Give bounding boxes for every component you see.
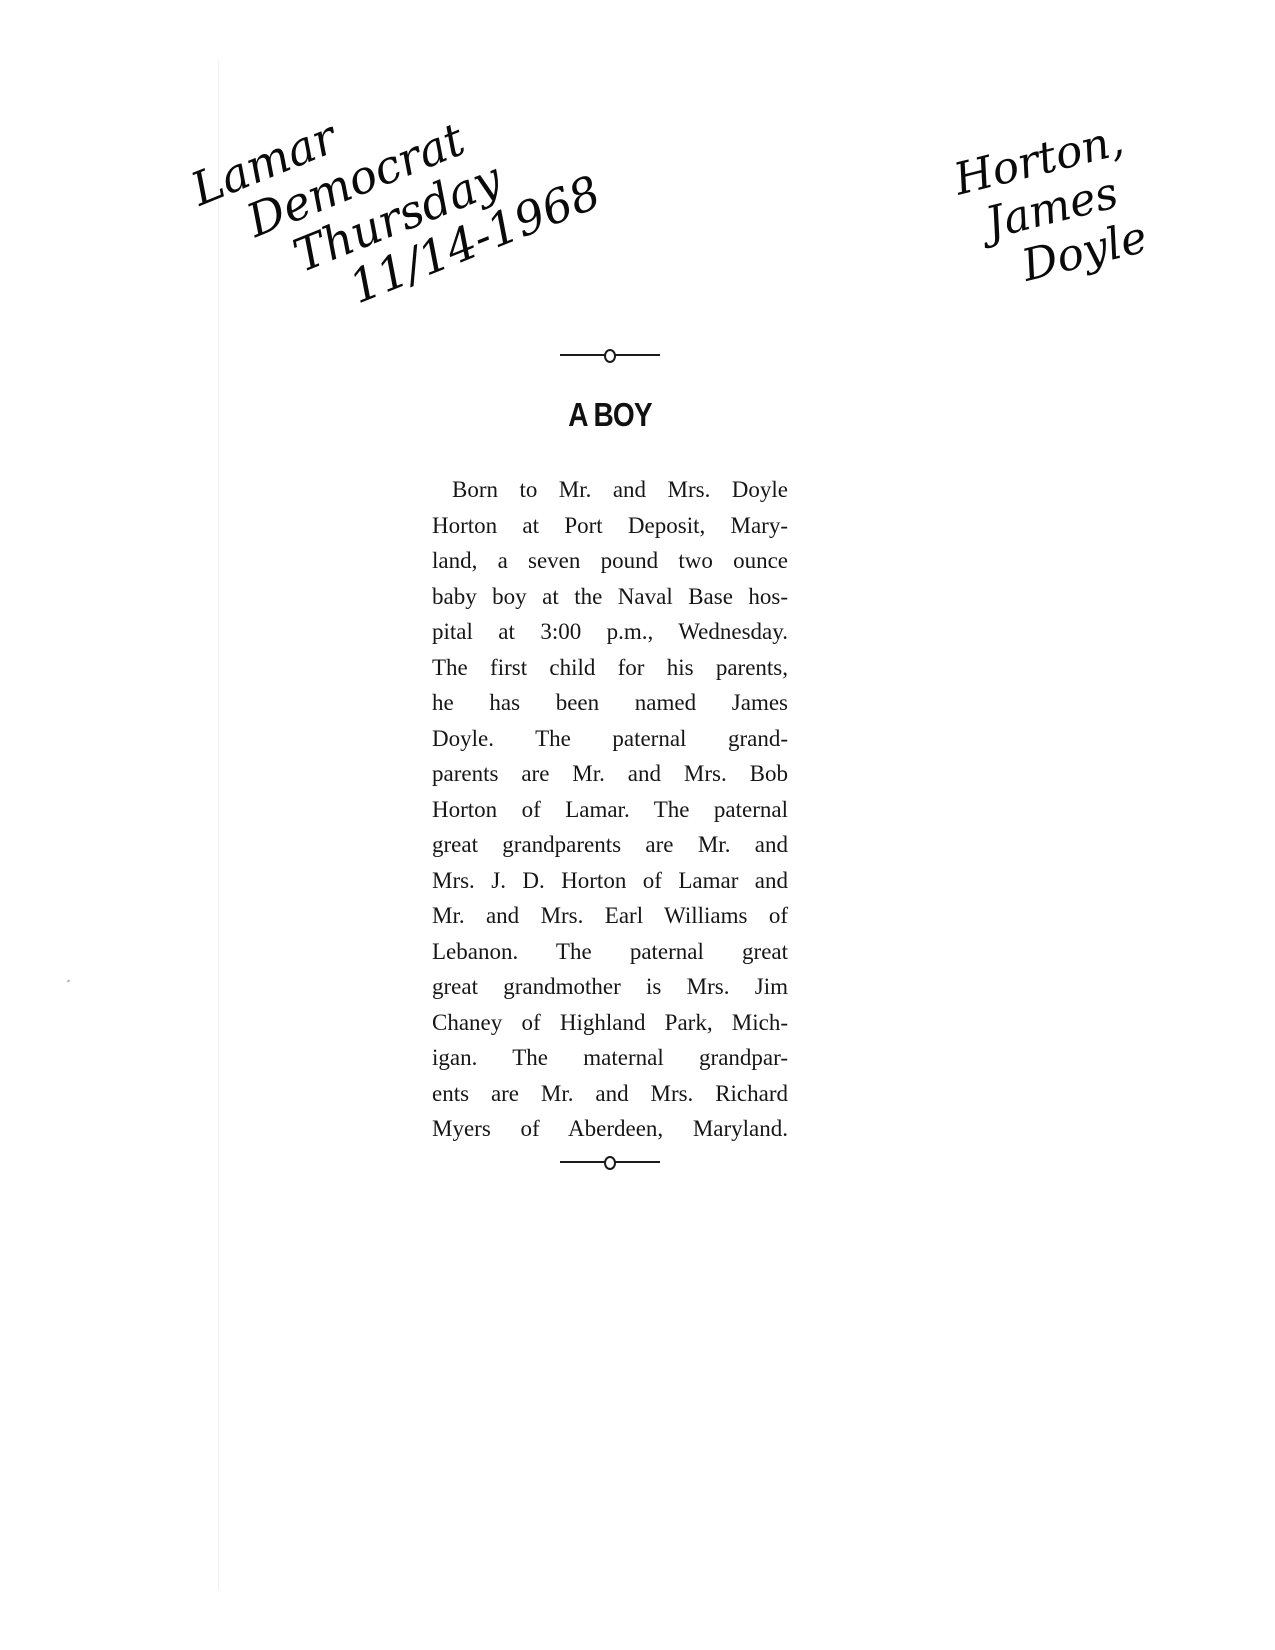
handwritten-name-note: Horton, James Doyle xyxy=(950,118,1152,299)
article-line: great grandparents are Mr. and xyxy=(432,827,788,863)
article-line: ents are Mr. and Mrs. Richard xyxy=(432,1076,788,1112)
top-divider-ornament xyxy=(560,348,660,360)
article-line: Chaney of Highland Park, Mich- xyxy=(432,1005,788,1041)
article-line: Born to Mr. and Mrs. Doyle xyxy=(432,472,788,508)
bottom-divider-ornament xyxy=(560,1155,660,1167)
article-line: igan. The maternal grandpar- xyxy=(432,1040,788,1076)
article-line: great grandmother is Mrs. Jim xyxy=(432,969,788,1005)
scan-edge xyxy=(218,60,219,1590)
article-line: Mr. and Mrs. Earl Williams of xyxy=(432,898,788,934)
headline: A BOY xyxy=(459,396,762,434)
article-line: Mrs. J. D. Horton of Lamar and xyxy=(432,863,788,899)
article-line: land, a seven pound two ounce xyxy=(432,543,788,579)
article-line: The first child for his parents, xyxy=(432,650,788,686)
scan-speck xyxy=(67,979,71,982)
article-line: parents are Mr. and Mrs. Bob xyxy=(432,756,788,792)
article-line: Lebanon. The paternal great xyxy=(432,934,788,970)
article-line: baby boy at the Naval Base hos- xyxy=(432,579,788,615)
article-line: Doyle. The paternal grand- xyxy=(432,721,788,757)
handwritten-source-note: Lamar Democrat Thursday 11/14-1968 xyxy=(185,29,608,355)
article-line: he has been named James xyxy=(432,685,788,721)
article-line: Horton at Port Deposit, Mary- xyxy=(432,508,788,544)
article-line: pital at 3:00 p.m., Wednesday. xyxy=(432,614,788,650)
newspaper-clipping: A BOY Born to Mr. and Mrs. DoyleHorton a… xyxy=(432,348,788,1167)
article-body: Born to Mr. and Mrs. DoyleHorton at Port… xyxy=(432,472,788,1147)
article-line: Myers of Aberdeen, Maryland. xyxy=(432,1111,788,1147)
article-line: Horton of Lamar. The paternal xyxy=(432,792,788,828)
